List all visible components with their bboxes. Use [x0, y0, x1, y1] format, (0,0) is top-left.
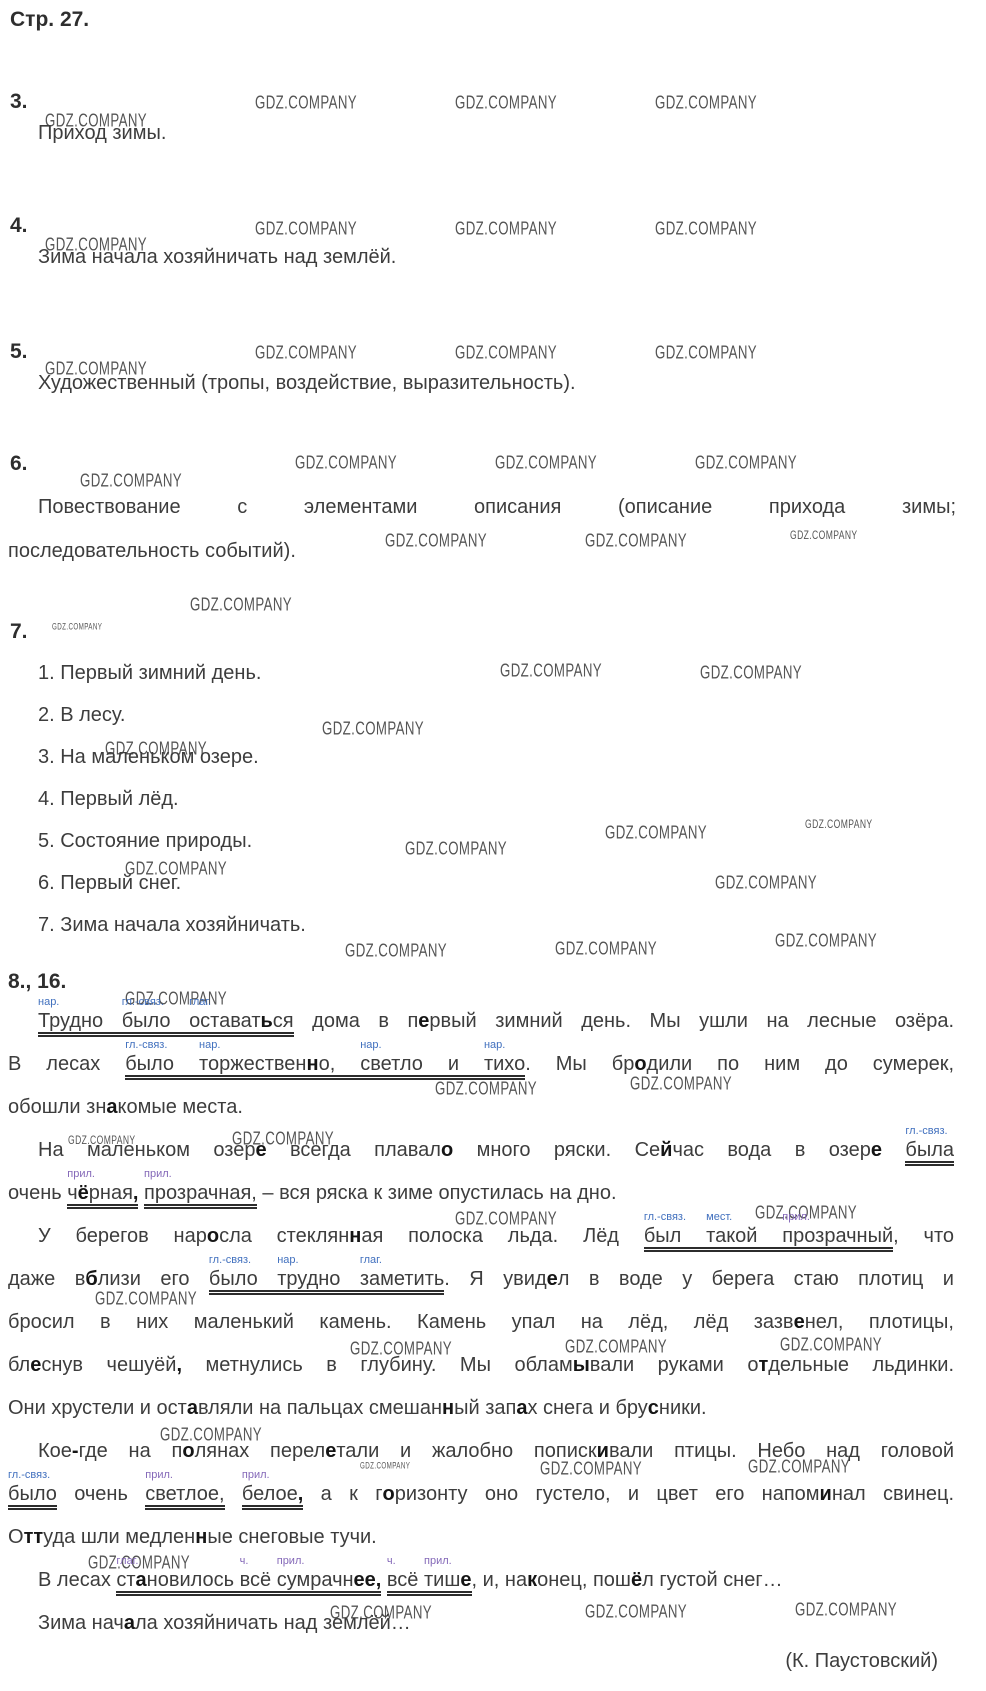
text-run: У берегов нар — [38, 1225, 207, 1247]
text-run: Кое — [38, 1440, 72, 1462]
essay-line: блеснув чешуёй, метнулись в глубину. Мы … — [8, 1344, 954, 1387]
text-run: новилось — [147, 1569, 234, 1596]
gdz-watermark: GDZ.COMPANY — [405, 838, 507, 860]
part-of-speech-annotation: прил. — [67, 1169, 95, 1180]
essay-line: бросил в них маленький камень. Камень уп… — [8, 1301, 954, 1344]
text-run: , что — [893, 1225, 954, 1247]
text-run: белоеприл. — [242, 1483, 298, 1510]
part-of-speech-annotation: гл.-связ. — [209, 1255, 251, 1266]
text-run: тихонар. — [484, 1053, 525, 1080]
part-of-speech-annotation: нар. — [38, 997, 59, 1008]
text-run: вляли на пальцах смешан — [198, 1397, 442, 1419]
essay-line: обошли знакомые места. — [8, 1086, 954, 1129]
text-run: е — [30, 1354, 41, 1376]
text-run: бросил в них маленький камень. Камень уп… — [8, 1311, 794, 1333]
text-run: былогл.-связ. — [122, 1010, 171, 1037]
text-run: чприл. — [67, 1182, 77, 1209]
text-run: сла стеклян — [219, 1225, 349, 1247]
text-run: . Я увид — [444, 1268, 546, 1290]
text-run: лянах перел — [195, 1440, 326, 1462]
gdz-watermark: GDZ.COMPANY — [255, 92, 357, 114]
text-run: о — [207, 1225, 219, 1247]
plan-list-item: 3. На маленьком озере. — [38, 736, 306, 778]
essay-line: В лесах стглаг.ановилось всёч. сумрачнпр… — [8, 1559, 954, 1602]
text-run: , — [219, 1483, 225, 1510]
text-run: Зима нач — [38, 1612, 124, 1634]
text-run: былогл.-связ. — [209, 1268, 258, 1295]
text-run — [757, 1225, 782, 1252]
text-run: былогл.-связ. — [8, 1483, 57, 1510]
gdz-watermark: GDZ.COMPANY — [655, 218, 757, 240]
text-run: В лесах — [8, 1053, 125, 1075]
text-run — [171, 1010, 190, 1037]
essay-line: У берегов наросла стеклянная полоска льд… — [8, 1215, 954, 1258]
plan-list-item: 5. Состояние природы. — [38, 820, 306, 862]
part-of-speech-annotation: гл.-связ. — [905, 1126, 947, 1137]
text-run: . Мы бр — [525, 1053, 634, 1075]
text-run: бл — [8, 1354, 30, 1376]
essay-line: Кое-где на полянах перелетали и жалобно … — [8, 1430, 954, 1473]
part-of-speech-annotation: ч. — [240, 1556, 249, 1567]
text-run: а к г — [303, 1483, 382, 1505]
text-run: б — [85, 1268, 97, 1290]
text-run: прозрачнаяприл. — [144, 1182, 251, 1209]
part-of-speech-annotation: нар. — [277, 1255, 298, 1266]
text-run: о — [634, 1053, 646, 1075]
part-of-speech-annotation: мест. — [706, 1212, 732, 1223]
task-answer-6: Повествование с элементами описания (опи… — [8, 485, 956, 573]
task-number-6: 6. — [10, 452, 28, 476]
part-of-speech-annotation: глаг. — [360, 1255, 382, 1266]
part-of-speech-annotation: гл.-связ. — [122, 997, 164, 1008]
text-run: е — [871, 1139, 882, 1161]
text-run: дома в п — [294, 1010, 419, 1032]
text-run: час вода в озер — [672, 1139, 870, 1161]
text-run: всёч. — [387, 1569, 419, 1596]
text-run: н — [195, 1526, 207, 1548]
text-run: очень — [57, 1483, 145, 1505]
text-run: ё — [631, 1569, 642, 1591]
text-run: заметитьглаг. — [360, 1268, 444, 1295]
task-answer-6-line2: последовательность событий). — [8, 529, 956, 573]
text-run: е — [418, 1010, 429, 1032]
text-run: обошли зн — [8, 1096, 106, 1118]
text-run: ся — [273, 1010, 294, 1037]
text-run: а — [106, 1096, 117, 1118]
text-run: оставатглаг. — [189, 1010, 260, 1037]
text-run: а — [136, 1569, 147, 1596]
text-run: очень — [8, 1182, 67, 1204]
text-run: е — [460, 1569, 471, 1596]
task-number-5: 5. — [10, 340, 28, 364]
part-of-speech-annotation: прил. — [782, 1212, 810, 1223]
text-run — [681, 1225, 706, 1252]
text-run: о — [441, 1139, 453, 1161]
text-run: - — [72, 1440, 79, 1462]
text-run: былгл.-связ. — [644, 1225, 682, 1252]
text-run: О — [8, 1526, 24, 1548]
text-run — [335, 1053, 360, 1080]
gdz-watermark: GDZ.COMPANY — [605, 822, 707, 844]
task-answer-5: Художественный (тропы, воздействие, выра… — [38, 372, 576, 395]
task-answer-6-line1: Повествование с элементами описания (опи… — [8, 485, 956, 529]
text-run: тали и жалобно пописк — [336, 1440, 596, 1462]
text-run: дили по ним до сумерек, — [647, 1053, 954, 1075]
part-of-speech-annotation: глаг. — [189, 997, 211, 1008]
gdz-watermark: GDZ.COMPANY — [495, 452, 597, 474]
text-run: тишприл. — [424, 1569, 460, 1596]
text-run: такоймест. — [706, 1225, 757, 1252]
plan-list-item: 7. Зима начала хозяйничать. — [38, 904, 306, 946]
task-number-7: 7. — [10, 620, 28, 644]
text-run: тт — [24, 1526, 44, 1548]
text-run: н — [442, 1397, 454, 1419]
task-number-3: 3. — [10, 90, 28, 114]
gdz-watermark: GDZ.COMPANY — [555, 938, 657, 960]
text-run: торжественнар. — [199, 1053, 306, 1080]
part-of-speech-annotation: гл.-связ. — [644, 1212, 686, 1223]
text-run: , и, на — [472, 1569, 528, 1591]
text-run: нал свинец. — [832, 1483, 954, 1505]
text-run: о — [383, 1483, 395, 1505]
text-run: т — [758, 1354, 768, 1376]
text-run: ё — [78, 1182, 89, 1209]
gdz-watermark: GDZ.COMPANY — [455, 218, 557, 240]
text-run: ла хозяйничать над землёй… — [135, 1612, 411, 1634]
text-run: всегда плавал — [267, 1139, 441, 1161]
gdz-watermark: GDZ.COMPANY — [655, 342, 757, 364]
text-run: о — [182, 1440, 194, 1462]
page: Стр. 27. GDZ.COMPANYGDZ.COMPANYGDZ.COMPA… — [0, 0, 986, 1691]
gdz-watermark: GDZ.COMPANY — [805, 818, 873, 831]
text-run: й — [660, 1139, 672, 1161]
text-run: рная — [89, 1182, 133, 1209]
part-of-speech-annotation: прил. — [145, 1470, 173, 1481]
text-run: онец, пош — [537, 1569, 631, 1591]
text-run: а — [516, 1397, 527, 1419]
gdz-watermark: GDZ.COMPANY — [255, 342, 357, 364]
gdz-watermark: GDZ.COMPANY — [695, 452, 797, 474]
text-run: ее — [354, 1569, 376, 1596]
text-run: а — [187, 1397, 198, 1419]
essay-line: даже вблизи его былогл.-связ. труднонар.… — [8, 1258, 954, 1301]
text-run — [225, 1483, 242, 1505]
essay-line: Они хрустели и оставляли на пальцах смеш… — [8, 1387, 954, 1430]
text-run: и — [820, 1483, 832, 1505]
gdz-watermark: GDZ.COMPANY — [775, 930, 877, 952]
text-run: рвый зимний день. Мы ушли на лесные озёр… — [429, 1010, 954, 1032]
text-run: с — [648, 1397, 659, 1419]
text-run: – вся ряска к зиме опустилась на дно. — [257, 1182, 617, 1204]
text-run: н — [349, 1225, 361, 1247]
text-run: сумрачнприл. — [277, 1569, 354, 1596]
text-run: вали руками о — [590, 1354, 759, 1376]
text-run: л густой снег… — [642, 1569, 783, 1591]
part-of-speech-annotation: прил. — [424, 1556, 452, 1567]
gdz-watermark: GDZ.COMPANY — [322, 718, 424, 740]
plan-list-item: 4. Первый лёд. — [38, 778, 306, 820]
text-run: н — [306, 1053, 318, 1080]
text-run: былогл.-связ. — [125, 1053, 174, 1080]
text-run — [234, 1569, 240, 1596]
part-of-speech-annotation: прил. — [144, 1169, 172, 1180]
text-run: где на п — [79, 1440, 183, 1462]
text-run: ь — [261, 1010, 273, 1037]
gdz-watermark: GDZ.COMPANY — [455, 92, 557, 114]
plan-list-item: 1. Первый зимний день. — [38, 652, 306, 694]
essay-line: Зима начала хозяйничать над землёй… — [8, 1602, 954, 1645]
text-run: метнулись в глубину. Мы облам — [182, 1354, 573, 1376]
text-run: нел, плотицы, — [805, 1311, 954, 1333]
text-run: о — [319, 1053, 330, 1080]
plan-list-item: 2. В лесу. — [38, 694, 306, 736]
text-run: ый зап — [454, 1397, 516, 1419]
text-run: ники. — [659, 1397, 707, 1419]
text-run — [340, 1268, 359, 1295]
part-of-speech-annotation: гл.-связ. — [8, 1470, 50, 1481]
gdz-watermark: GDZ.COMPANY — [500, 660, 602, 682]
text-run: Труднонар. — [38, 1010, 103, 1037]
text-run: комые места. — [117, 1096, 242, 1118]
page-title: Стр. 27. — [10, 8, 89, 32]
text-run: труднонар. — [277, 1268, 340, 1295]
text-run: уда шли медлен — [43, 1526, 195, 1548]
text-run: к — [527, 1569, 537, 1591]
gdz-watermark: GDZ.COMPANY — [295, 452, 397, 474]
text-run: стглаг. — [116, 1569, 135, 1596]
plan-list: 1. Первый зимний день.2. В лесу.3. На ма… — [38, 652, 306, 946]
gdz-watermark: GDZ.COMPANY — [255, 218, 357, 240]
part-of-speech-annotation: гл.-связ. — [125, 1040, 167, 1051]
essay-line: Труднонар. былогл.-связ. оставатглаг.ься… — [8, 1000, 954, 1043]
plan-list-item: 6. Первый снег. — [38, 862, 306, 904]
text-run — [103, 1010, 122, 1037]
gdz-watermark: GDZ.COMPANY — [345, 940, 447, 962]
text-run: ая полоска льда. Лёд — [361, 1225, 643, 1247]
text-run: лизи его — [98, 1268, 209, 1290]
essay-line: Оттуда шли медленные снеговые тучи. — [8, 1516, 954, 1559]
author-signature: (К. Паустовский) — [0, 1650, 960, 1673]
text-run: Они хрустели и ост — [8, 1397, 187, 1419]
text-run: а — [124, 1612, 135, 1634]
text-run: снув чешуёй — [41, 1354, 176, 1376]
part-of-speech-annotation: нар. — [199, 1040, 220, 1051]
gdz-watermark: GDZ.COMPANY — [655, 92, 757, 114]
task-number-8-16: 8., 16. — [8, 970, 66, 994]
text-run: ризонту оно густело, и цвет его напом — [395, 1483, 820, 1505]
part-of-speech-annotation: ч. — [387, 1556, 396, 1567]
text-run — [174, 1053, 199, 1080]
text-run: всёч. — [240, 1569, 272, 1596]
text-run: ые снеговые тучи. — [207, 1526, 376, 1548]
part-of-speech-annotation: прил. — [242, 1470, 270, 1481]
text-run: е — [325, 1440, 336, 1462]
gdz-watermark: GDZ.COMPANY — [455, 342, 557, 364]
gdz-watermark: GDZ.COMPANY — [52, 622, 102, 632]
essay-line: В лесах былогл.-связ. торжественнар.но, … — [8, 1043, 954, 1086]
text-run: л в воде у берега стаю плотиц и — [558, 1268, 954, 1290]
text-run: светлонар. — [360, 1053, 423, 1080]
text-run: е — [547, 1268, 558, 1290]
part-of-speech-annotation: глаг. — [116, 1556, 138, 1567]
essay-text: Труднонар. былогл.-связ. оставатглаг.ься… — [8, 1000, 954, 1645]
text-run: ы — [573, 1354, 590, 1376]
task-answer-3: Приход зимы. — [38, 122, 166, 145]
text-run: былагл.-связ. — [905, 1139, 954, 1166]
text-run: На маленьком озер — [38, 1139, 255, 1161]
task-number-4: 4. — [10, 214, 28, 238]
task-answer-4: Зима начала хозяйничать над землёй. — [38, 246, 396, 269]
gdz-watermark: GDZ.COMPANY — [715, 872, 817, 894]
text-run: светлоеприл. — [145, 1483, 219, 1510]
part-of-speech-annotation: нар. — [360, 1040, 381, 1051]
part-of-speech-annotation: прил. — [277, 1556, 305, 1567]
text-run: вали птицы. Небо над головой — [609, 1440, 954, 1462]
text-run: много ряски. Се — [453, 1139, 660, 1161]
text-run — [271, 1569, 277, 1596]
gdz-watermark: GDZ.COMPANY — [700, 662, 802, 684]
essay-line: очень чприл.ёрная, прозрачнаяприл., – вс… — [8, 1172, 954, 1215]
text-run: дельные льдинки. — [768, 1354, 954, 1376]
text-run: х снега и бру — [527, 1397, 647, 1419]
gdz-watermark: GDZ.COMPANY — [190, 594, 292, 616]
text-run: е — [794, 1311, 805, 1333]
text-run: и — [423, 1053, 484, 1080]
text-run: В лесах — [38, 1569, 116, 1591]
text-run — [882, 1139, 905, 1161]
essay-line: былогл.-связ. очень светлоеприл., белоеп… — [8, 1473, 954, 1516]
text-run: прозрачныйприл. — [782, 1225, 893, 1252]
text-run — [258, 1268, 277, 1295]
text-run: и — [597, 1440, 609, 1462]
text-run: е — [255, 1139, 266, 1161]
text-run: даже в — [8, 1268, 85, 1290]
essay-line: На маленьком озере всегда плавало много … — [8, 1129, 954, 1172]
part-of-speech-annotation: нар. — [484, 1040, 505, 1051]
